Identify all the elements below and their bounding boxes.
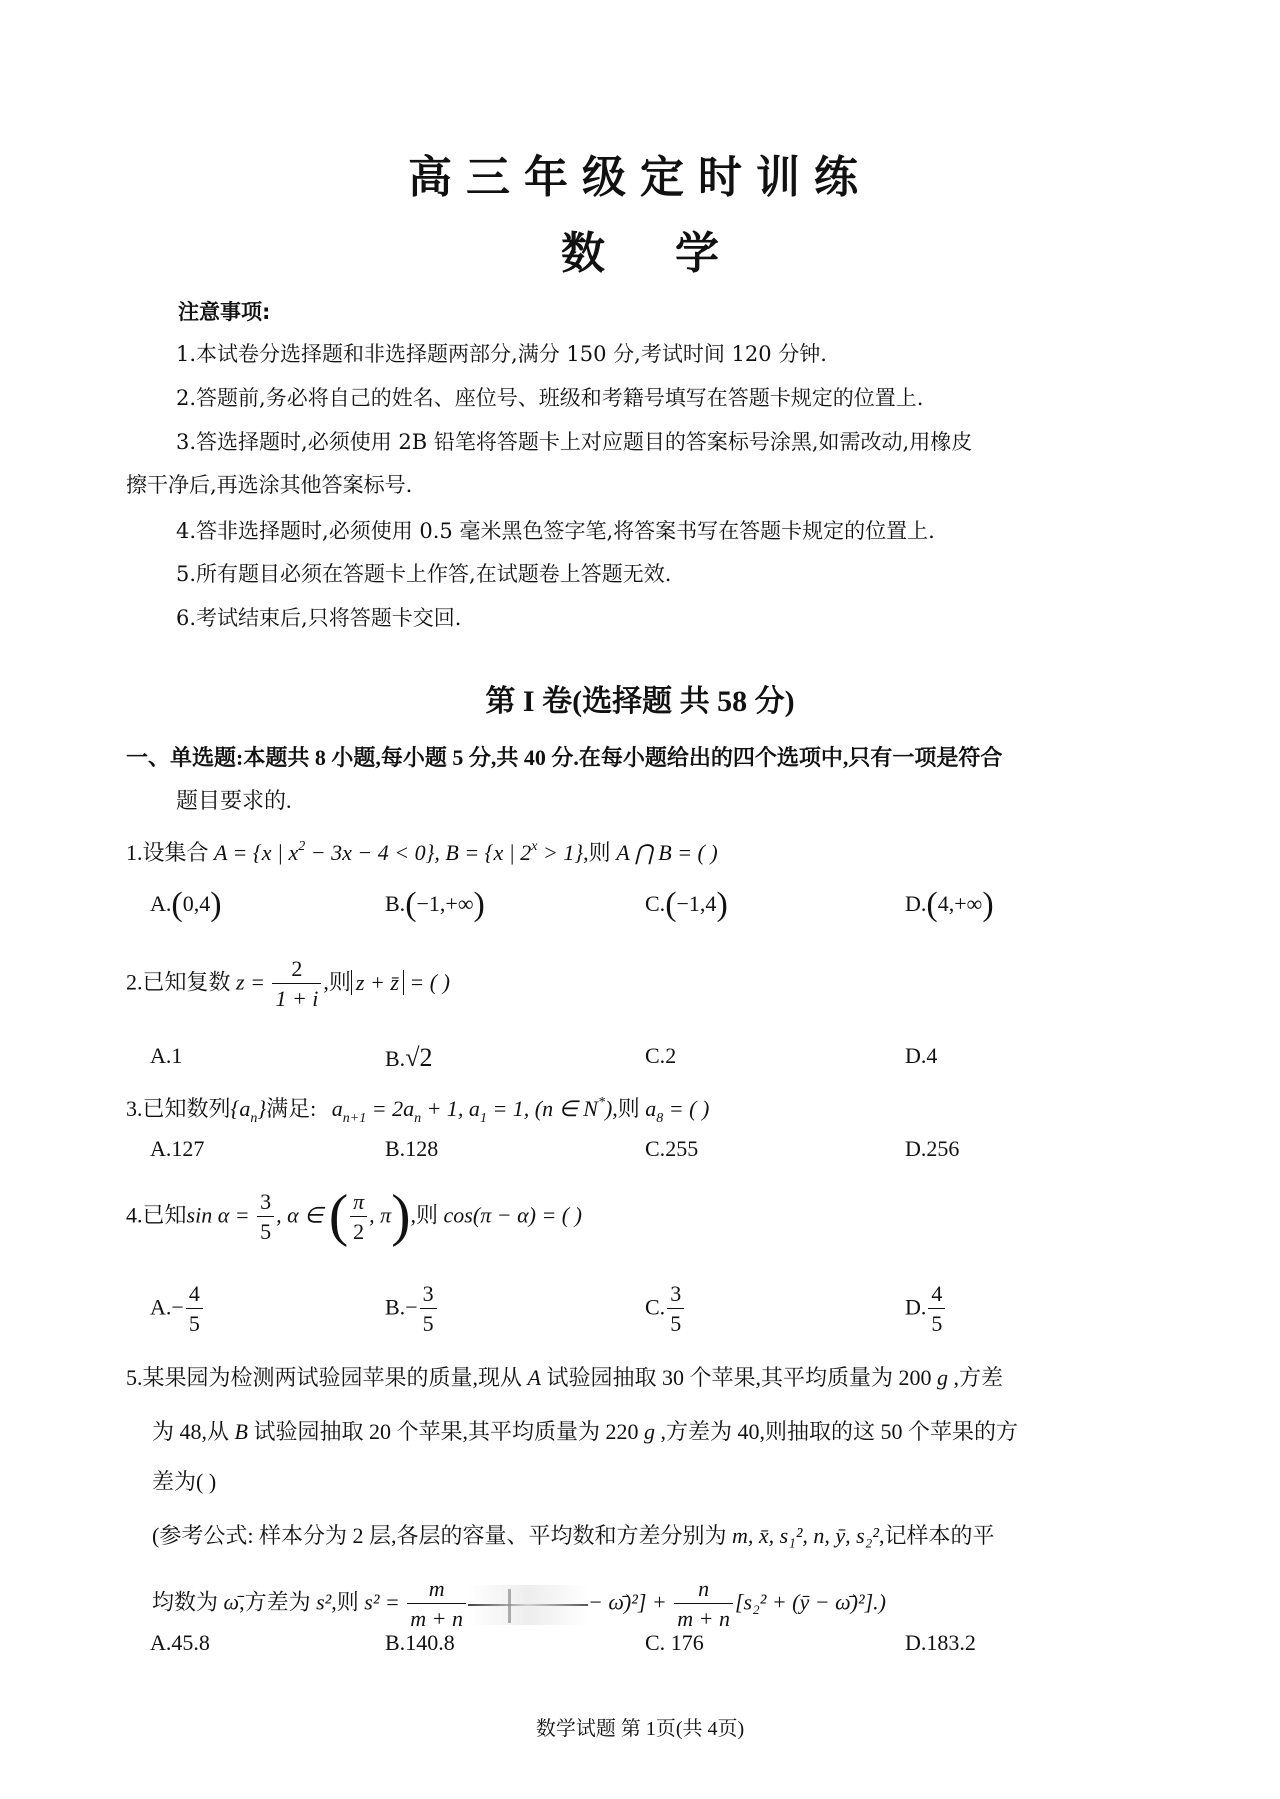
part-heading-line-1: 一、单选题:本题共 8 小题,每小题 5 分,共 40 分.在每小题给出的四个选… <box>126 745 1002 770</box>
q2-option-b[interactable]: B.√2 <box>385 1043 432 1073</box>
fraction: 21 + i <box>272 955 321 1014</box>
notice-item-1: 1.本试卷分选择题和非选择题两部分,满分 150 分,考试时间 120 分钟. <box>176 339 827 369</box>
q2-option-d[interactable]: D.4 <box>905 1043 937 1069</box>
obscured-region <box>468 1585 588 1625</box>
exam-title: 高三年级定时训练 <box>0 148 1280 208</box>
q5-option-c[interactable]: C. 176 <box>645 1630 704 1656</box>
answer-blank: a8 = ( ) <box>640 1096 710 1121</box>
q2-option-c[interactable]: C.2 <box>645 1043 676 1069</box>
question-tail: ,则 <box>323 970 351 995</box>
q3-option-d[interactable]: D.256 <box>905 1136 959 1162</box>
q5-option-a[interactable]: A.45.8 <box>150 1630 210 1656</box>
sin-expr: sin α = <box>187 1203 250 1228</box>
alpha-in: , α ∈ <box>276 1203 323 1228</box>
condition-label: 满足: <box>266 1096 316 1121</box>
question-4: 4.已知sin α = 35, α ∈ (π2, π),则 cos(π − α)… <box>126 1188 582 1247</box>
set-a: A = {x | x2 − 3x − 4 < 0} <box>214 840 434 865</box>
interval-end: , π <box>369 1203 391 1228</box>
q1-option-d[interactable]: D.(4,+∞) <box>905 886 994 924</box>
question-number: 1. <box>126 840 143 865</box>
q3-option-c[interactable]: C.255 <box>645 1136 698 1162</box>
question-tail: ,则 <box>583 840 611 865</box>
answer-blank: = ( ) <box>404 970 450 995</box>
question-stem: 已知 <box>143 1203 187 1228</box>
fraction-3-5: 35 <box>257 1188 274 1247</box>
notice-heading: 注意事项: <box>178 296 270 326</box>
set-b: , B = {x | 2x > 1} <box>434 840 583 865</box>
q4-option-a[interactable]: A.−45 <box>150 1280 205 1339</box>
sequence: {an} <box>231 1096 267 1121</box>
q1-option-a[interactable]: A.(0,4) <box>150 886 222 924</box>
question-5-line-1: 5.某果园为检测两试验园苹果的质量,现从 A 试验园抽取 30 个苹果,其平均质… <box>126 1362 1003 1394</box>
formula-fraction-m: mm + n <box>407 1575 466 1634</box>
recurrence: an+1 = 2an + 1, a1 = 1, (n ∈ N*) <box>332 1096 613 1121</box>
subject-char-1: 数 <box>561 224 605 284</box>
notice-item-2: 2.答题前,务必将自己的姓名、座位号、班级和考籍号填写在答题卡规定的位置上. <box>176 383 923 413</box>
q5-option-b[interactable]: B.140.8 <box>385 1630 455 1656</box>
q4-option-b[interactable]: B.−35 <box>385 1280 439 1339</box>
q3-option-b[interactable]: B.128 <box>385 1136 438 1162</box>
subject-title: 数学 <box>0 224 1280 284</box>
q3-option-a[interactable]: A.127 <box>150 1136 204 1162</box>
part-heading: 一、单选题:本题共 8 小题,每小题 5 分,共 40 分.在每小题给出的四个选… <box>126 742 1002 774</box>
reference-formula-line-2: 均数为 ω̄,方差为 s²,则 s² = mm + n− ω̄)²] + nm … <box>152 1575 886 1634</box>
q2-option-a[interactable]: A.1 <box>150 1043 182 1069</box>
absolute-value-expr: z + z̄ <box>351 970 404 995</box>
part-heading-line-2: 题目要求的. <box>176 785 292 817</box>
notice-item-3-cont: 擦干净后,再选涂其他答案标号. <box>126 470 412 500</box>
notice-item-4: 4.答非选择题时,必须使用 0.5 毫米黑色签字笔,将答案书写在答题卡规定的位置… <box>176 516 935 546</box>
q4-option-c[interactable]: C.35 <box>645 1280 686 1339</box>
question-number: 4. <box>126 1203 143 1228</box>
question-stem: 已知数列 <box>143 1096 231 1121</box>
fraction-pi-2: π2 <box>350 1188 367 1247</box>
question-number: 5. <box>126 1365 143 1390</box>
question-5-line-2: 为 48,从 B 试验园抽取 20 个苹果,其平均质量为 220 g ,方差为 … <box>152 1416 1018 1448</box>
notice-item-6: 6.考试结束后,只将答题卡交回. <box>176 603 461 633</box>
q5-option-d[interactable]: D.183.2 <box>905 1630 976 1656</box>
q1-option-b[interactable]: B.(−1,+∞) <box>385 886 485 924</box>
q4-option-d[interactable]: D.45 <box>905 1280 947 1339</box>
question-stem: 设集合 <box>143 840 209 865</box>
question-number: 2. <box>126 970 143 995</box>
question-stem: 已知复数 <box>143 970 231 995</box>
question-number: 3. <box>126 1096 143 1121</box>
question-2: 2.已知复数 z = 21 + i,则z + z̄ = ( ) <box>126 955 450 1014</box>
cos-expr: cos(π − α) = ( ) <box>438 1203 582 1228</box>
reference-formula-line-1: (参考公式: 样本分为 2 层,各层的容量、平均数和方差分别为 m, x̄, s… <box>152 1520 995 1552</box>
notice-item-3: 3.答选择题时,必须使用 2B 铅笔将答题卡上对应题目的答案标号涂黑,如需改动,… <box>176 427 972 457</box>
section-title: 第 I 卷(选择题 共 58 分) <box>0 676 1280 720</box>
subject-char-2: 学 <box>675 224 719 284</box>
question-tail: ,则 <box>411 1203 439 1228</box>
left-paren: ( <box>329 1183 348 1248</box>
notice-item-5: 5.所有题目必须在答题卡上作答,在试题卷上答题无效. <box>176 559 671 589</box>
z-equals: z = <box>236 970 265 995</box>
formula-fraction-n: nm + n <box>674 1575 733 1634</box>
answer-blank: A ⋂ B = ( ) <box>611 840 718 865</box>
right-paren: ) <box>391 1183 410 1248</box>
question-tail: ,则 <box>612 1096 640 1121</box>
question-5-line-3: 差为( ) <box>152 1466 216 1498</box>
page-footer: 数学试题 第 1页(共 4页) <box>0 1712 1280 1741</box>
q1-option-c[interactable]: C.(−1,4) <box>645 886 728 924</box>
question-1: 1.设集合 A = {x | x2 − 3x − 4 < 0}, B = {x … <box>126 837 718 869</box>
question-3: 3.已知数列{an}满足: an+1 = 2an + 1, a1 = 1, (n… <box>126 1093 709 1125</box>
